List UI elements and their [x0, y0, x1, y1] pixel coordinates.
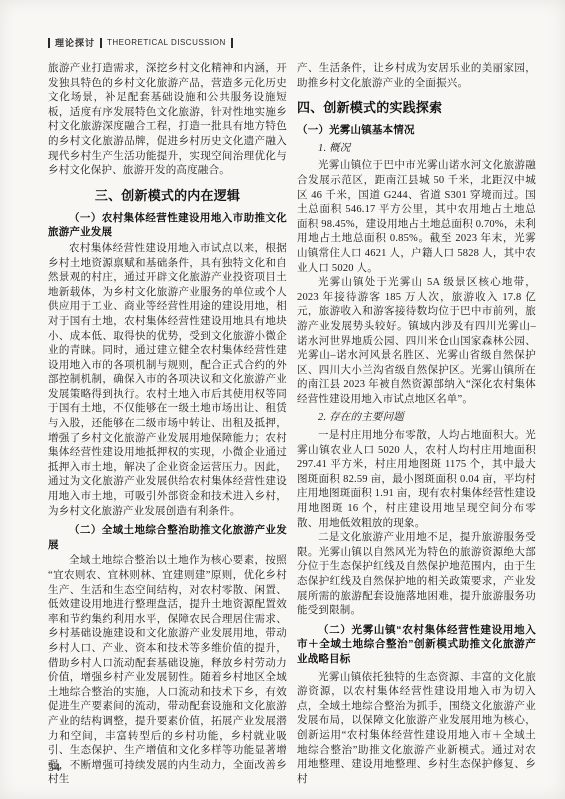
paragraph: 光雾山镇依托独特的生态资源、丰富的文化旅游资源，以农村集体经营性建设用地入市为切…: [297, 671, 536, 788]
item-title-overview: 1. 概况: [297, 142, 536, 157]
item-title-problems: 2. 存在的主要问题: [297, 411, 536, 426]
subsection-title-3-1: （一）农村集体经营性建设用地入市助推文化旅游产业发展: [48, 211, 287, 240]
header-section-label-zh: 理论探讨: [55, 36, 95, 49]
header-divider-bar: [231, 38, 233, 48]
right-column: 产、生活条件，让乡村成为安居乐业的美丽家园，助推乡村文化旅游产业的全面振兴。 四…: [297, 62, 536, 788]
left-column: 旅游产业打造需求，深挖乡村文化精神和内涵，开发独具特色的乡村文化旅游产品，营造多…: [48, 62, 287, 788]
page-number: 54: [48, 760, 60, 775]
section-heading-4: 四、创新模式的实践探索: [297, 100, 536, 116]
subsection-title-4-1: （一）光雾山镇基本情况: [297, 123, 536, 138]
paragraph: 农村集体经营性建设用地入市试点以来，根据乡村土地资源禀赋和基础条件，具有独特文化…: [48, 242, 287, 519]
paragraph: 光雾山镇位于巴中市光雾山诺水河文化旅游融合发展示范区，距南江县城 50 千米，北…: [297, 159, 536, 276]
paragraph: 全域土地综合整治以土地作为核心要素，按照“宜农则农、宜林则林、宜建则建”原则，优…: [48, 554, 287, 788]
header-divider-bar: [48, 38, 50, 48]
header-divider-bar: [100, 38, 102, 48]
paragraph-continuation: 产、生活条件，让乡村成为安居乐业的美丽家园，助推乡村文化旅游产业的全面振兴。: [297, 62, 536, 91]
header-section-label-en: THEORETICAL DISCUSSION: [107, 38, 226, 47]
subsection-title-4-2: （二）光雾山镇“农村集体经营性建设用地入市＋全域土地综合整治”创新模式助推文化旅…: [297, 623, 536, 667]
paragraph: 二是文化旅游产业用地不足，提升旅游服务受限。光雾山镇以自然风光为特色的旅游资源绝…: [297, 531, 536, 619]
journal-page: 理论探讨 THEORETICAL DISCUSSION 旅游产业打造需求，深挖乡…: [0, 0, 565, 799]
paragraph-continuation: 旅游产业打造需求，深挖乡村文化精神和内涵，开发独具特色的乡村文化旅游产品，营造多…: [48, 62, 287, 179]
paragraph: 一是村庄用地分布零散，人均占地面积大。光雾山镇农业人口 5020 人，农村人均村…: [297, 429, 536, 531]
page-header: 理论探讨 THEORETICAL DISCUSSION: [48, 36, 238, 49]
section-heading-3: 三、创新模式的内在逻辑: [48, 188, 287, 204]
two-column-text: 旅游产业打造需求，深挖乡村文化精神和内涵，开发独具特色的乡村文化旅游产品，营造多…: [48, 62, 536, 788]
subsection-title-3-2: （二）全域土地综合整治助推文化旅游产业发展: [48, 523, 287, 552]
paragraph: 光雾山镇处于光雾山 5A 级景区核心地带，2023 年接待游客 185 万人次，…: [297, 276, 536, 407]
